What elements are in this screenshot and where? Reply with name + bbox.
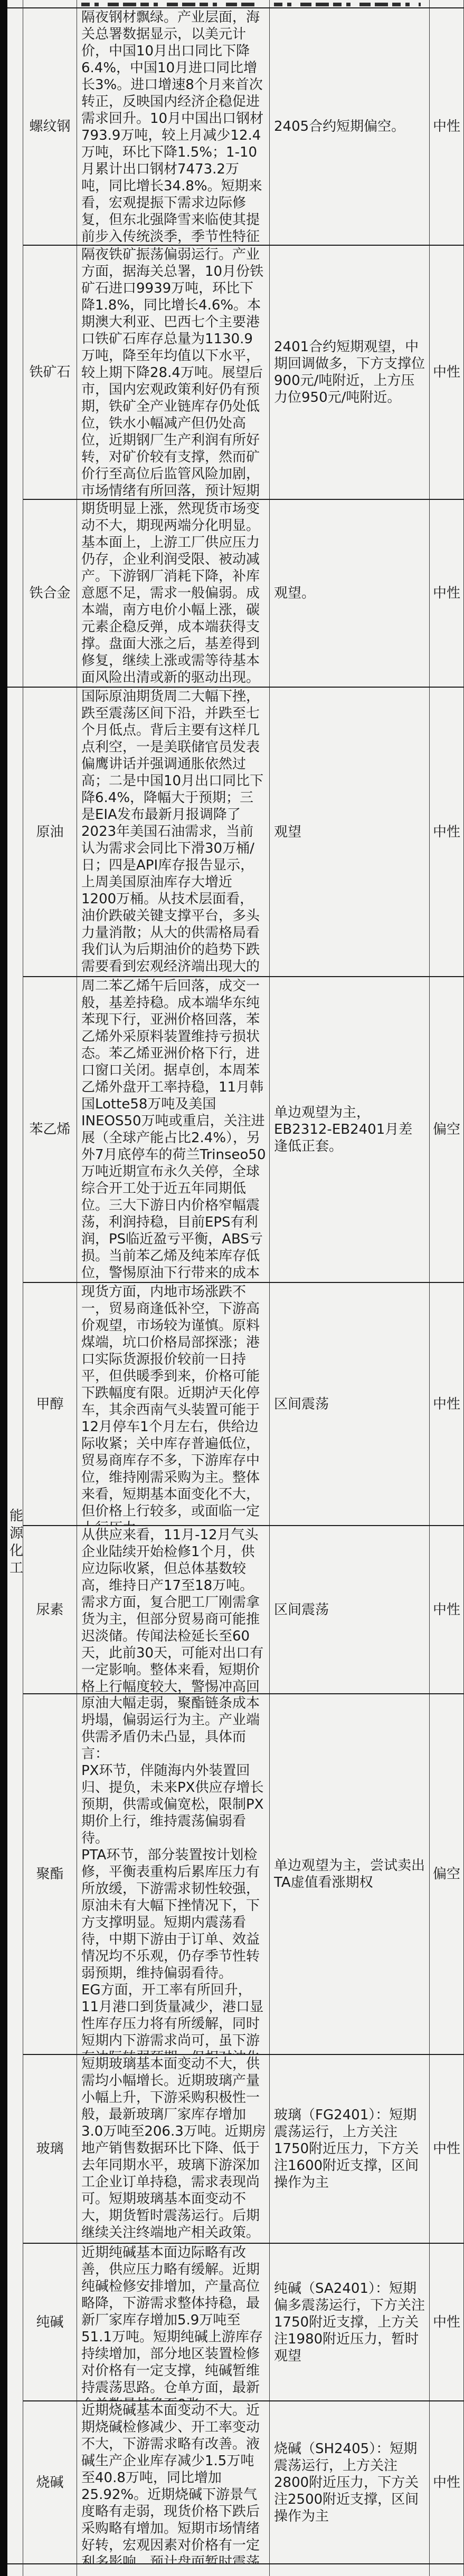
table-row-partial-top bbox=[23, 0, 464, 8]
section-cell-clipped-bottom bbox=[7, 2564, 23, 2576]
rating-cell: 中性 bbox=[430, 500, 464, 687]
analysis-cell: 国际原油期货周二大幅下挫，跌至震荡区间下沿，并跌至七个月低点。背后主要有这样几点… bbox=[77, 688, 270, 976]
commodity-cell: 尿素 bbox=[23, 1526, 77, 1693]
analysis-cell bbox=[77, 0, 270, 7]
commodity-cell: 铁合金 bbox=[23, 500, 77, 687]
recommendation-cell: 区间震荡 bbox=[270, 1283, 430, 1525]
section-label-column: 能源化工 bbox=[7, 0, 23, 2576]
recommendation-cell: 2405合约短期偏空。 bbox=[270, 8, 430, 245]
analysis-cell: 原油大幅走弱，聚酯链条成本坍塌，偏弱运行为主。产业端供需矛盾仍未凸显，具体而言：… bbox=[77, 1694, 270, 2054]
rating-cell: 偏空 bbox=[430, 977, 464, 1282]
commodity-cell: 螺纹钢 bbox=[23, 8, 77, 245]
section-cell-clipped-top bbox=[7, 0, 23, 8]
recommendation-cell: 玻璃（FG2401）：短期震荡运行，上方关注1750附近压力，下方关注1600附… bbox=[270, 2055, 430, 2243]
table-row-methanol: 甲醇 现货方面，内地市场涨跌不一，贸易商逢低补空，下游高价观望，市场较为谨慎。原… bbox=[23, 1283, 464, 1526]
table-row-iron-ore: 铁矿石 隔夜铁矿振荡偏弱运行。产业方面，据海关总署，10月份铁矿石进口9939万… bbox=[23, 246, 464, 500]
table-row-rebar: 螺纹钢 隔夜钢材飘绿。产业层面，海关总署数据显示，以美元计价，中国10月出口同比… bbox=[23, 8, 464, 246]
recommendation-cell: 烧碱（SH2405）：短期震荡运行，上方关注2800附近压力，下方关注2500附… bbox=[270, 2401, 430, 2563]
table-row-polyester: 聚酯 原油大幅走弱，聚酯链条成本坍塌，偏弱运行为主。产业端供需矛盾仍未凸显，具体… bbox=[23, 1694, 464, 2055]
commodity-cell bbox=[23, 0, 77, 7]
analysis-cell: 隔夜钢材飘绿。产业层面，海关总署数据显示，以美元计价，中国10月出口同比下降6.… bbox=[77, 8, 270, 245]
analysis-cell: 近期纯碱基本面边际略有改善，供应压力略有缓解。近期纯碱检修安排增加，产量高位略降… bbox=[77, 2244, 270, 2400]
table-row-urea: 尿素 从供应来看，11月-12月气头企业陆续开始检修1个月，供应边际收紧，但总体… bbox=[23, 1526, 464, 1694]
table-row-soda-ash: 纯碱 近期纯碱基本面边际略有改善，供应压力略有缓解。近期纯碱检修安排增加，产量高… bbox=[23, 2244, 464, 2401]
recommendation-cell: 观望。 bbox=[270, 500, 430, 687]
analysis-cell: 期货明显上涨，然现货市场变动不大，期现两端分化明显。基本面上，上游工厂供应压力仍… bbox=[77, 500, 270, 687]
left-black-margin bbox=[0, 0, 7, 2576]
analysis-cell: 隔夜铁矿振荡偏弱运行。产业方面，据海关总署，10月份铁矿石进口9939万吨，环比… bbox=[77, 246, 270, 499]
analysis-cell: 现货方面，内地市场涨跌不一，贸易商逢低补空，下游高价观望，市场较为谨慎。原料煤端… bbox=[77, 1283, 270, 1525]
report-table: 螺纹钢 隔夜钢材飘绿。产业层面，海关总署数据显示，以美元计价，中国10月出口同比… bbox=[23, 0, 464, 2576]
rating-cell: 中性 bbox=[430, 688, 464, 976]
recommendation-cell: 观望 bbox=[270, 688, 430, 976]
commodity-cell: 聚酯 bbox=[23, 1694, 77, 2054]
table-row-styrene: 苯乙烯 周二苯乙烯午后回落，成交一般，基差持稳。成本端华东纯苯现下行，亚洲价格回… bbox=[23, 977, 464, 1283]
clipped-text-fragment bbox=[274, 3, 421, 6]
section-cell-ferrous bbox=[7, 8, 23, 688]
commodity-cell: 甲醇 bbox=[23, 1283, 77, 1525]
table-row-crude-oil: 原油 国际原油期货周二大幅下挫，跌至震荡区间下沿，并跌至七个月低点。背后主要有这… bbox=[23, 688, 464, 977]
rating-cell: 中性 bbox=[430, 1283, 464, 1525]
rating-cell: 中性 bbox=[430, 2055, 464, 2243]
recommendation-cell: 单边观望为主，尝试卖出TA虚值看涨期权 bbox=[270, 1694, 430, 2054]
rating-cell: 偏空 bbox=[430, 1694, 464, 2054]
commodity-cell: 铁矿石 bbox=[23, 246, 77, 499]
section-cell-energy-chemicals: 能源化工 bbox=[7, 688, 23, 2564]
commodity-cell: 纯碱 bbox=[23, 2244, 77, 2400]
rating-cell: 中性 bbox=[430, 2401, 464, 2563]
commodity-cell: 苯乙烯 bbox=[23, 977, 77, 1282]
commodity-cell: 原油 bbox=[23, 688, 77, 976]
analysis-cell: 短期玻璃基本面变动不大，供需均小幅增长。近期玻璃产量小幅上升，下游采购积极性一般… bbox=[77, 2055, 270, 2243]
recommendation-cell bbox=[270, 0, 430, 7]
rating-cell: 中性 bbox=[430, 2244, 464, 2400]
rating-cell: 中性 bbox=[430, 1526, 464, 1693]
recommendation-cell: 纯碱（SA2401）：短期偏多震荡运行，下方关注1750附近支撑，上方关注198… bbox=[270, 2244, 430, 2400]
analysis-cell: 从供应来看，11月-12月气头企业陆续开始检修1个月，供应边际收紧，但总体基数较… bbox=[77, 1526, 270, 1693]
table-row-caustic-soda: 烧碱 近期烧碱基本面变动不大。近期烧碱检修减少、开工率变动不大，下游需求略有改善… bbox=[23, 2401, 464, 2564]
analysis-cell: 近期烧碱基本面变动不大。近期烧碱检修减少、开工率变动不大，下游需求略有改善。液碱… bbox=[77, 2401, 270, 2563]
commodity-cell: 烧碱 bbox=[23, 2401, 77, 2563]
recommendation-cell: 2401合约短期观望，中期回调做多，下方支撑位900元/吨附近，上方压力位950… bbox=[270, 246, 430, 499]
table-row-partial-bottom bbox=[23, 2564, 464, 2576]
analysis-cell: 周二苯乙烯午后回落，成交一般，基差持稳。成本端华东纯苯现下行，亚洲价格回落，苯乙… bbox=[77, 977, 270, 1282]
rating-cell bbox=[430, 2564, 464, 2576]
rating-cell bbox=[430, 0, 464, 7]
rating-cell: 中性 bbox=[430, 246, 464, 499]
commodity-cell bbox=[23, 2564, 77, 2576]
rating-cell: 中性 bbox=[430, 8, 464, 245]
analysis-cell bbox=[77, 2564, 270, 2576]
recommendation-cell: 单边观望为主，EB2312-EB2401月差逢低正套。 bbox=[270, 977, 430, 1282]
recommendation-cell: 区间震荡 bbox=[270, 1526, 430, 1693]
report-page: 能源化工 螺纹钢 隔夜钢材飘绿。产业层面，海关总署数据显示，以美元计价，中国10… bbox=[0, 0, 464, 2576]
section-label-vertical: 能源化工 bbox=[7, 1508, 23, 1578]
recommendation-cell bbox=[270, 2564, 430, 2576]
table-row-glass: 玻璃 短期玻璃基本面变动不大，供需均小幅增长。近期玻璃产量小幅上升，下游采购积极… bbox=[23, 2055, 464, 2244]
table-row-ferroalloy: 铁合金 期货明显上涨，然现货市场变动不大，期现两端分化明显。基本面上，上游工厂供… bbox=[23, 500, 464, 688]
commodity-cell: 玻璃 bbox=[23, 2055, 77, 2243]
clipped-text-fragment bbox=[81, 3, 258, 6]
